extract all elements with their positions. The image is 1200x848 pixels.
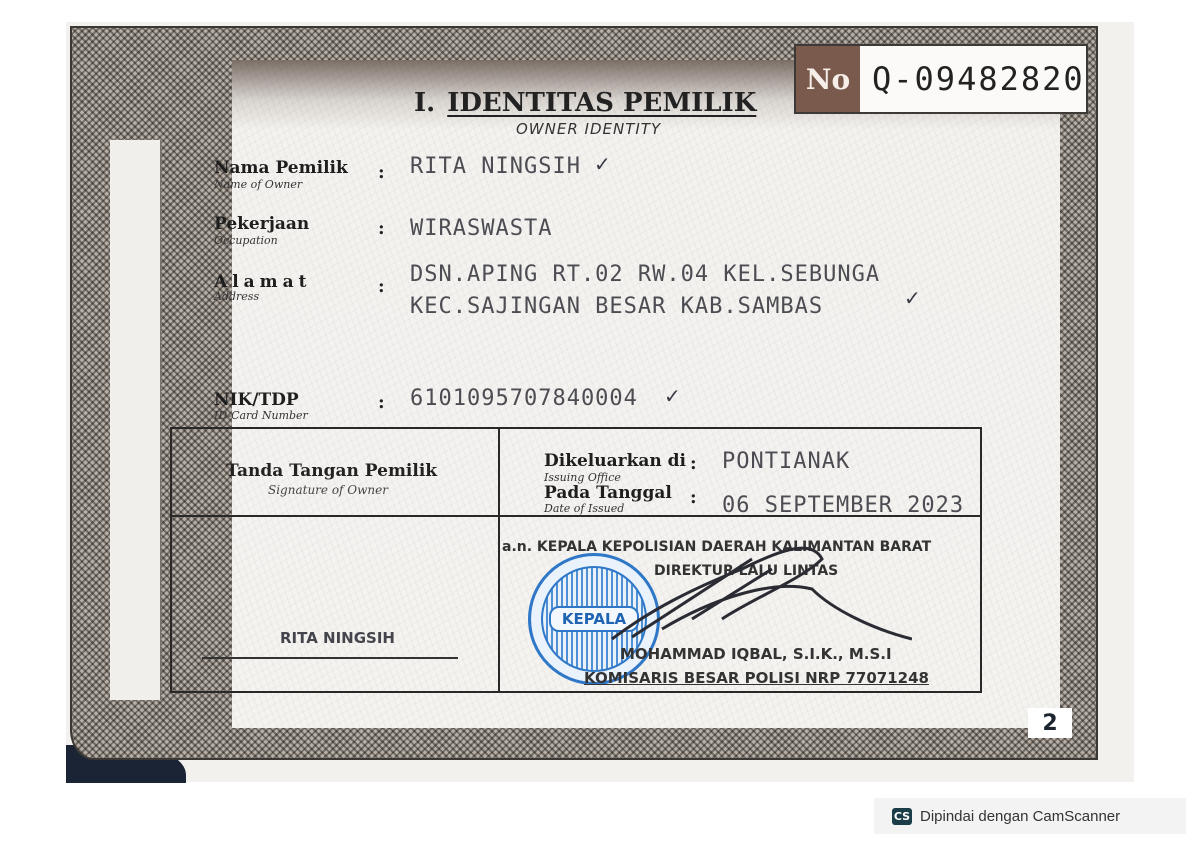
owner-signature-name: RITA NINGSIH <box>280 629 395 647</box>
issue-date-value: 06 SEPTEMBER 2023 <box>722 493 964 518</box>
checkmark-icon: ✓ <box>664 384 681 408</box>
occupation-value: WIRASWASTA <box>410 216 552 241</box>
colon: : <box>378 162 385 183</box>
issue-date-sublabel: Date of Issued <box>544 502 624 515</box>
left-inner-border <box>110 140 161 700</box>
owner-signature-subtitle: Signature of Owner <box>268 483 388 497</box>
colon: : <box>690 487 697 508</box>
address-line-1: DSN.APING RT.02 RW.04 KEL.SEBUNGA <box>410 262 880 287</box>
serial-number-box: No Q-09482820 <box>794 44 1088 114</box>
owner-signature-title: Tanda Tangan Pemilik <box>226 461 437 481</box>
occupation-sublabel: Occupation <box>214 234 278 247</box>
issue-date-label: Pada Tanggal <box>544 483 672 503</box>
occupation-label: Pekerjaan <box>214 214 309 234</box>
colon: : <box>378 392 385 413</box>
address-label: Alamat <box>214 272 312 292</box>
signature-issuance-table: Tanda Tangan Pemilik Signature of Owner … <box>170 427 982 693</box>
nik-label: NIK/TDP <box>214 390 299 410</box>
section-number: I. <box>414 88 435 118</box>
divider <box>498 429 500 691</box>
officer-rank: KOMISARIS BESAR POLISI NRP 77071248 <box>584 669 929 687</box>
issuing-office-label: Dikeluarkan di <box>544 451 686 471</box>
page-number: 2 <box>1028 708 1072 738</box>
colon: : <box>690 453 697 474</box>
owner-name-label: Nama Pemilik <box>214 158 348 178</box>
colon: : <box>378 218 385 239</box>
camscanner-icon: CS <box>892 808 912 825</box>
issuing-office-value: PONTIANAK <box>722 449 850 474</box>
official-signature <box>572 529 912 649</box>
colon: : <box>378 276 385 297</box>
section-title: I.IDENTITAS PEMILIK <box>414 88 756 118</box>
nik-sublabel: ID-Card Number <box>214 409 308 422</box>
camscanner-text: Dipindai dengan CamScanner <box>920 808 1120 825</box>
serial-number-value: Q-09482820 <box>860 46 1086 112</box>
owner-name-value: RITA NINGSIH <box>410 154 581 179</box>
owner-name-sublabel: Name of Owner <box>214 178 302 191</box>
signature-line <box>202 657 458 659</box>
address-sublabel: Address <box>214 290 259 303</box>
checkmark-icon: ✓ <box>594 152 611 176</box>
officer-name: MOHAMMAD IQBAL, S.I.K., M.S.I <box>620 645 892 663</box>
nik-value: 6101095707840004 <box>410 386 638 411</box>
section-title-text: IDENTITAS PEMILIK <box>447 88 756 118</box>
address-line-2: KEC.SAJINGAN BESAR KAB.SAMBAS <box>410 294 823 319</box>
section-subtitle: OWNER IDENTITY <box>516 120 661 138</box>
serial-number-label: No <box>796 46 860 112</box>
camscanner-watermark: CS Dipindai dengan CamScanner <box>874 798 1186 834</box>
checkmark-icon: ✓ <box>904 286 921 310</box>
